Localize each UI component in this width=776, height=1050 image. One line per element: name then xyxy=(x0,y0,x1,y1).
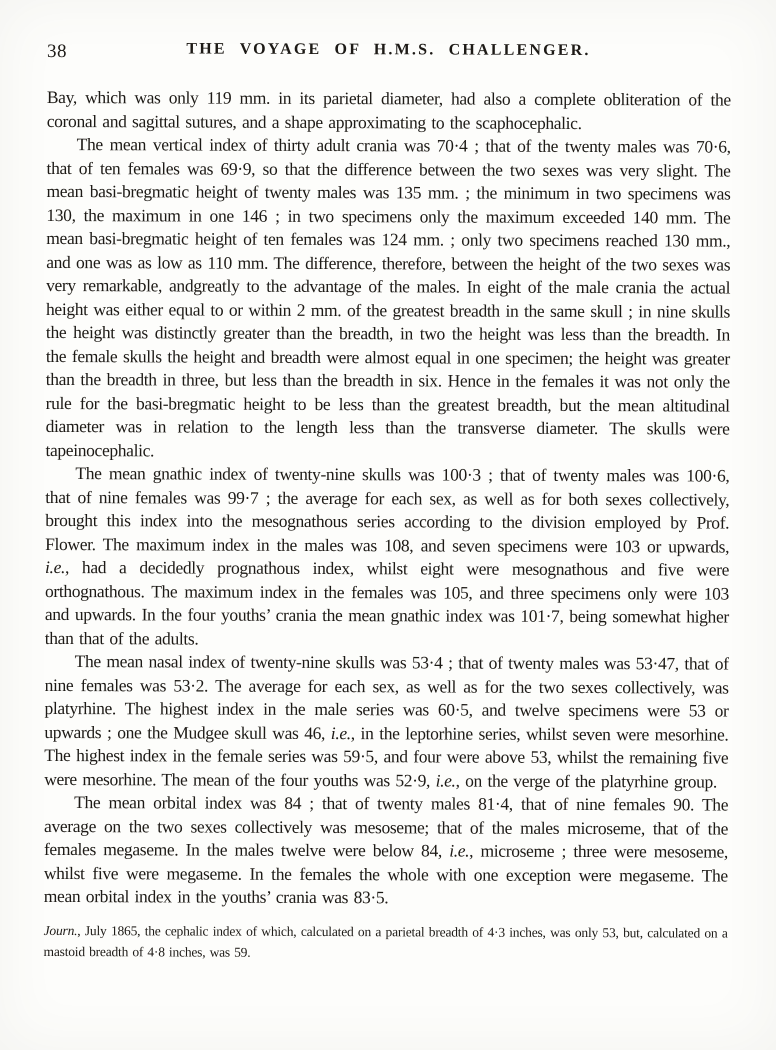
page-number: 38 xyxy=(47,41,67,63)
page-header: 38 THE VOYAGE OF H.M.S. CHALLENGER. xyxy=(47,40,730,67)
paragraph-orbital-index: The mean orbital index was 84 ; that of … xyxy=(44,791,728,911)
book-page: 38 THE VOYAGE OF H.M.S. CHALLENGER. Bay,… xyxy=(0,0,776,1050)
paragraph-nasal-index: The mean nasal index of twenty-nine skul… xyxy=(44,650,729,794)
running-title: THE VOYAGE OF H.M.S. CHALLENGER. xyxy=(47,40,730,61)
paragraph-gnathic-index: The mean gnathic index of twenty-nine sk… xyxy=(45,462,730,653)
scanned-content: 38 THE VOYAGE OF H.M.S. CHALLENGER. Bay,… xyxy=(0,0,776,1050)
footnote: Journ., July 1865, the cephalic index of… xyxy=(44,919,728,964)
body-text: Bay, which was only 119 mm. in its parie… xyxy=(44,86,731,964)
paragraph-bay-continuation: Bay, which was only 119 mm. in its parie… xyxy=(47,86,731,136)
paragraph-vertical-index: The mean vertical index of thirty adult … xyxy=(45,133,730,465)
